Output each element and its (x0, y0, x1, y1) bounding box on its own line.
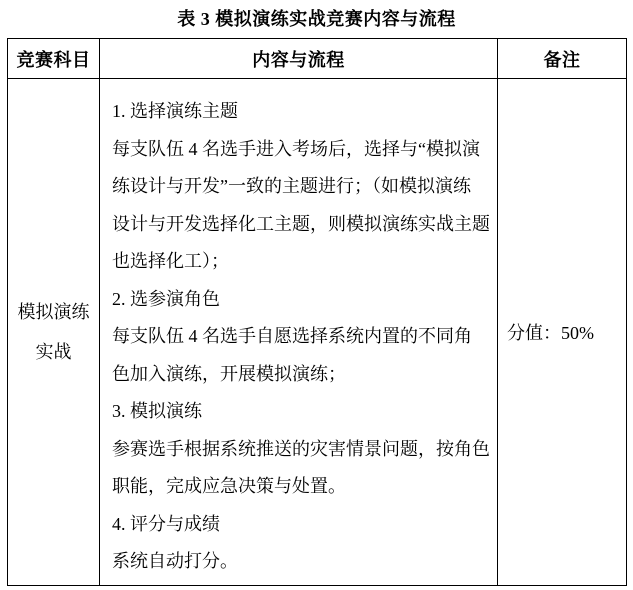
table-row: 模拟演练实战 1. 选择演练主题每支队伍 4 名选手进入考场后，选择与“模拟演练… (8, 79, 627, 586)
content-line: 练设计与开发”一致的主题进行；（如模拟演练 (112, 168, 489, 206)
column-header-remark: 备注 (498, 39, 627, 79)
subject-line: 模拟演练 (8, 292, 99, 332)
content-line: 职能，完成应急决策与处置。 (112, 468, 489, 506)
column-header-content: 内容与流程 (100, 39, 498, 79)
content-line: 也选择化工）； (112, 243, 489, 281)
remark-cell: 分值：50% (498, 79, 627, 586)
content-line: 每支队伍 4 名选手进入考场后，选择与“模拟演 (112, 131, 489, 169)
document-page: 表 3 模拟演练实战竞赛内容与流程 竞赛科目 内容与流程 备注 模拟演练实战 1… (0, 0, 633, 590)
table-header-row: 竞赛科目 内容与流程 备注 (8, 39, 627, 79)
content-table: 竞赛科目 内容与流程 备注 模拟演练实战 1. 选择演练主题每支队伍 4 名选手… (7, 38, 627, 586)
content-line: 色加入演练，开展模拟演练； (112, 356, 489, 394)
content-line: 每支队伍 4 名选手自愿选择系统内置的不同角 (112, 318, 489, 356)
content-line: 3. 模拟演练 (112, 393, 489, 431)
subject-cell: 模拟演练实战 (8, 79, 100, 586)
content-line: 设计与开发选择化工主题，则模拟演练实战主题 (112, 206, 489, 244)
content-line: 4. 评分与成绩 (112, 506, 489, 544)
content-line: 2. 选参演角色 (112, 281, 489, 319)
content-line: 1. 选择演练主题 (112, 93, 489, 131)
content-line: 参赛选手根据系统推送的灾害情景问题，按角色 (112, 431, 489, 469)
content-line: 系统自动打分。 (112, 543, 489, 581)
table-caption: 表 3 模拟演练实战竞赛内容与流程 (0, 0, 633, 38)
content-cell: 1. 选择演练主题每支队伍 4 名选手进入考场后，选择与“模拟演练设计与开发”一… (100, 79, 498, 586)
subject-line: 实战 (8, 332, 99, 372)
column-header-subject: 竞赛科目 (8, 39, 100, 79)
